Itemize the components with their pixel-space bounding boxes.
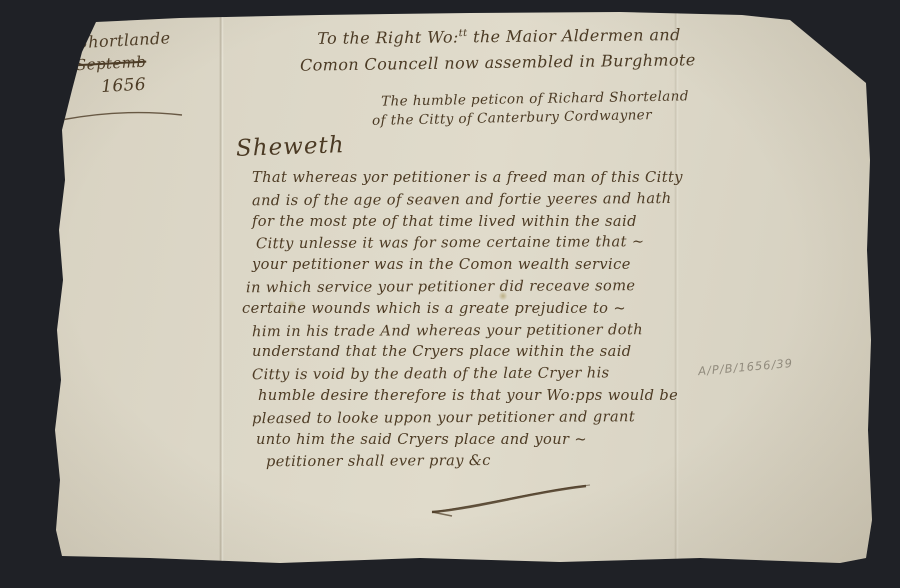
petition-body-line: pleased to looke uppon your petitioner a… — [252, 406, 712, 430]
petition-body-line: and is of the age of seaven and fortie y… — [252, 188, 712, 212]
petition-body-line: in which service your petitioner did rec… — [246, 275, 712, 299]
manuscript-photo: Shortlande 9Septemb 1656 To the Right Wo… — [0, 0, 900, 588]
address-line-1: To the Right Wo:tt the Maior Aldermen an… — [292, 25, 706, 48]
foxing-spot — [287, 300, 296, 309]
petition-title-line-1: The humble peticon of Richard Shorteland — [352, 88, 718, 110]
archival-note-year: 1656 — [101, 71, 220, 97]
petition-body-line: your petitioner was in the Comon wealth … — [252, 254, 712, 276]
petition-body-line: petitioner shall ever pray &c — [266, 449, 712, 473]
fold-crease-right — [674, 0, 679, 588]
petition-title-line-2: of the Citty of Canterbury Cordwayner — [342, 106, 682, 129]
petition-body-line: for the most pte of that time lived with… — [252, 211, 712, 233]
sheweth-heading: Sheweth — [236, 132, 345, 162]
petition-body-line: him in his trade And whereas your petiti… — [252, 318, 712, 342]
petition-body-line: That whereas yor petitioner is a freed m… — [252, 167, 712, 189]
petition-body-line: Citty is void by the death of the late C… — [252, 362, 712, 386]
archival-note-month-struck: Septemb — [76, 53, 147, 75]
address-line-1-text: To the Right Wo: — [317, 27, 459, 47]
archival-note-date: 9Septemb — [58, 49, 219, 75]
petition-body-line: understand that the Cryers place within … — [252, 341, 712, 363]
petition-body-line: unto him the said Cryers place and your … — [256, 429, 712, 451]
pen-flourish — [418, 476, 608, 520]
petition-body: That whereas yor petitioner is a freed m… — [252, 167, 712, 472]
petition-body-line: certaine wounds which is a greate prejud… — [242, 298, 712, 320]
archival-note-name: Shortlande — [76, 26, 217, 52]
archive-reference-number: A/P/B/1656/39 — [698, 356, 794, 378]
foxing-spot — [498, 292, 508, 300]
address-superscript: tt — [459, 28, 468, 39]
petition-body-line: humble desire therefore is that your Wo:… — [258, 385, 712, 407]
address-line-1-rest: the Maior Aldermen and — [467, 25, 680, 46]
archival-note-day: 9 — [58, 57, 69, 75]
petition-body-line: Citty unlesse it was for some certaine t… — [256, 231, 712, 255]
foxing-spot — [430, 196, 438, 203]
archival-date-note: Shortlande 9Septemb 1656 — [56, 26, 219, 99]
underline-flourish — [50, 106, 190, 126]
fold-crease-left — [219, 0, 224, 588]
manuscript-paper: Shortlande 9Septemb 1656 To the Right Wo… — [0, 0, 900, 588]
address-line-2: Comon Councell now assembled in Burghmot… — [300, 50, 692, 74]
